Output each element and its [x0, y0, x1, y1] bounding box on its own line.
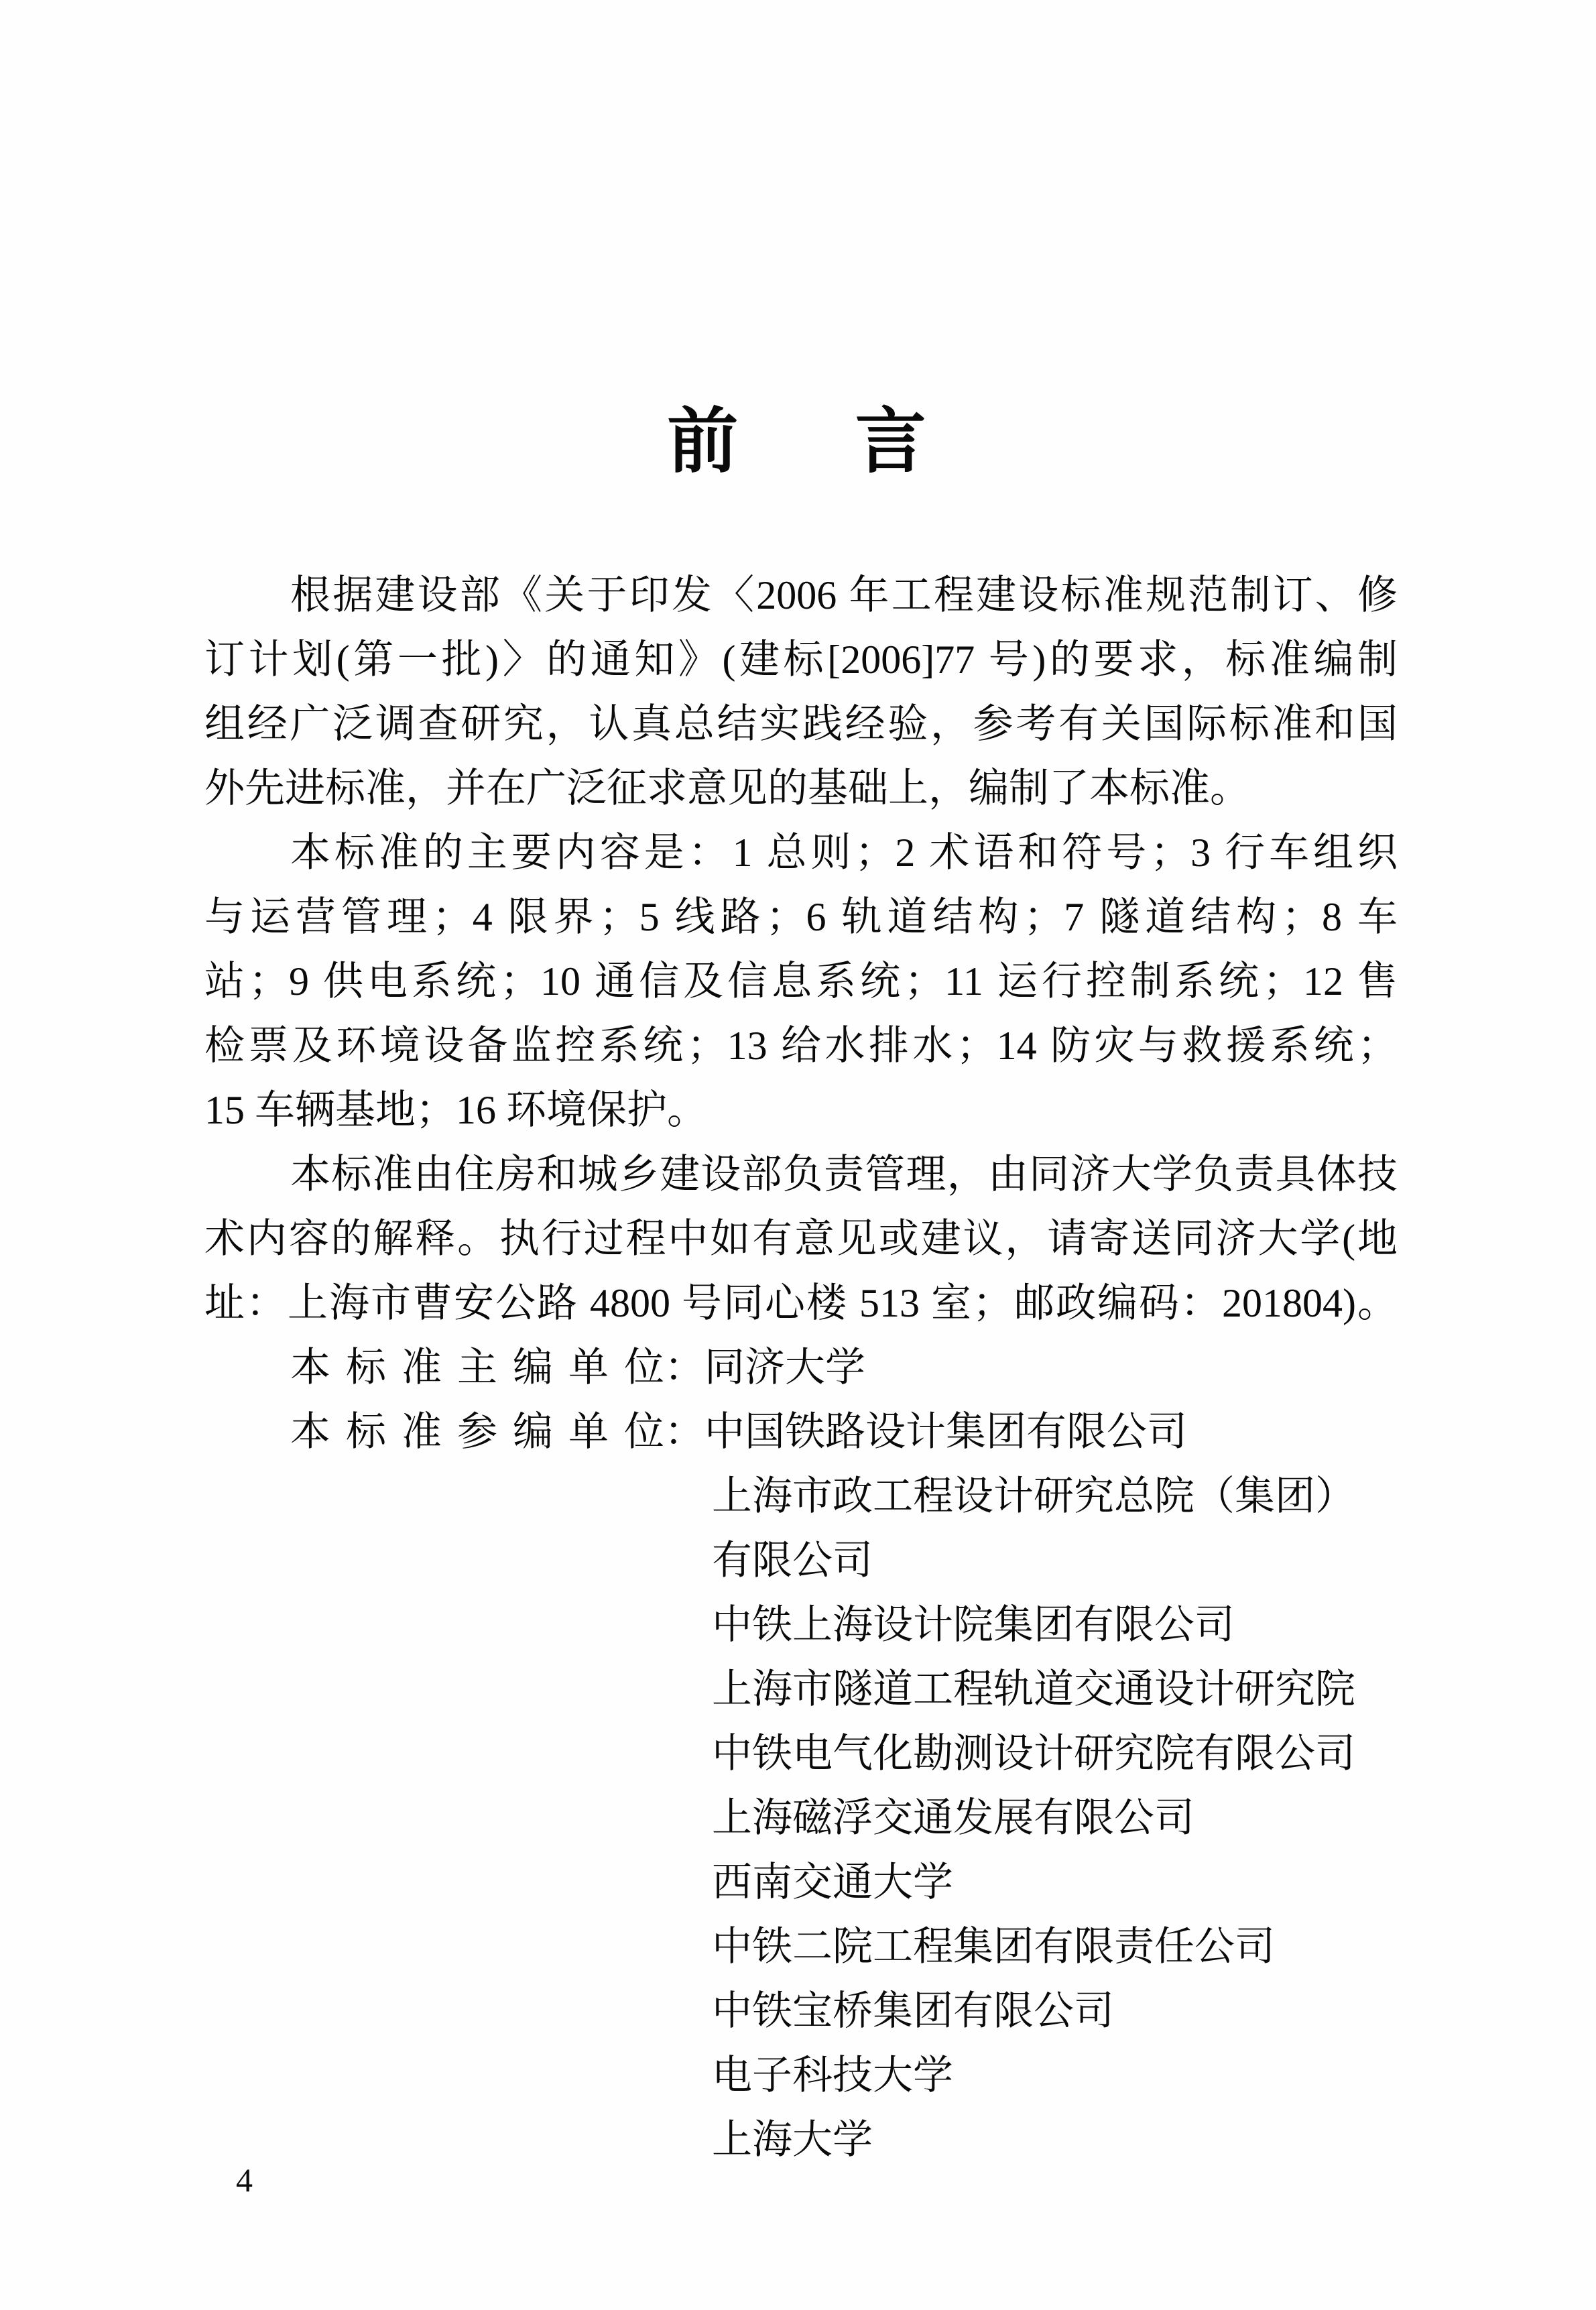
paragraph3-line: 本标准由住房和城乡建设部负责管理，由同济大学负责具体技 — [204, 1142, 1398, 1207]
paragraph3-line: 址：上海市曹安公路 4800 号同心楼 513 室；邮政编码：201804)。 — [204, 1271, 1398, 1335]
paragraph1-line: 订计划(第一批)〉的通知》(建标[2006]77 号)的要求，标准编制 — [204, 627, 1398, 692]
chief-editor-line: 本 标 准 主 编 单 位：同济大学 — [204, 1335, 1398, 1400]
paragraph1-line: 外先进标准，并在广泛征求意见的基础上，编制了本标准。 — [204, 756, 1398, 820]
co-editor-item: 上海市隧道工程轨道交通设计研究院 — [204, 1657, 1398, 1721]
co-editor-line: 本 标 准 参 编 单 位：中国铁路设计集团有限公司 — [204, 1400, 1398, 1464]
page-number: 4 — [236, 2153, 253, 2207]
co-editor-item: 有限公司 — [204, 1528, 1398, 1593]
paragraph2-line: 与运营管理；4 限界；5 线路；6 轨道结构；7 隧道结构；8 车 — [204, 885, 1398, 949]
co-editor-item: 上海市政工程设计研究总院（集团） — [204, 1464, 1398, 1528]
paragraph2-line: 站；9 供电系统；10 通信及信息系统；11 运行控制系统；12 售 — [204, 949, 1398, 1014]
page-title: 前 言 — [0, 385, 1596, 499]
co-editor-item: 中铁二院工程集团有限责任公司 — [204, 1914, 1398, 1979]
document-page: 前 言 根据建设部《关于印发〈2006 年工程建设标准规范制订、修 订计划(第一… — [0, 0, 1596, 2310]
co-editor-item: 中铁上海设计院集团有限公司 — [204, 1593, 1398, 1657]
paragraph1-line: 根据建设部《关于印发〈2006 年工程建设标准规范制订、修 — [204, 563, 1398, 627]
preface-body: 根据建设部《关于印发〈2006 年工程建设标准规范制订、修 订计划(第一批)〉的… — [204, 563, 1398, 2172]
co-editor-item: 西南交通大学 — [204, 1850, 1398, 1914]
co-editor-item: 中铁电气化勘测设计研究院有限公司 — [204, 1721, 1398, 1786]
co-editor-item: 上海磁浮交通发展有限公司 — [204, 1786, 1398, 1850]
paragraph2-line: 检票及环境设备监控系统；13 给水排水；14 防灾与救援系统； — [204, 1014, 1398, 1078]
co-editor-item: 上海大学 — [204, 2108, 1398, 2172]
paragraph1-line: 组经广泛调查研究，认真总结实践经验，参考有关国际标准和国 — [204, 692, 1398, 756]
paragraph2-line: 本标准的主要内容是：1 总则；2 术语和符号；3 行车组织 — [204, 820, 1398, 885]
paragraph3-line: 术内容的解释。执行过程中如有意见或建议，请寄送同济大学(地 — [204, 1207, 1398, 1271]
paragraph2-line: 15 车辆基地；16 环境保护。 — [204, 1078, 1398, 1142]
co-editor-item: 中铁宝桥集团有限公司 — [204, 1979, 1398, 2043]
co-editor-item: 电子科技大学 — [204, 2043, 1398, 2108]
